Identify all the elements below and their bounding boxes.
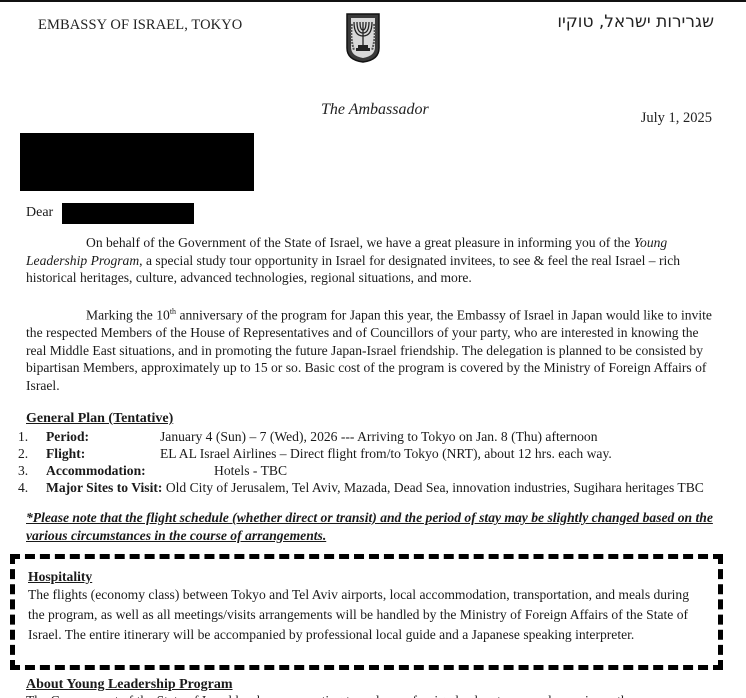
general-plan-list: 1.Period:January 4 (Sun) – 7 (Wed), 2026… [18,428,738,496]
item-value: Old City of Jerusalem, Tel Aviv, Mazada,… [162,480,703,495]
item-label: Period: [46,428,160,445]
menorah-emblem-icon [345,12,381,64]
redacted-address-block [20,133,254,191]
plan-item-period: 1.Period:January 4 (Sun) – 7 (Wed), 2026… [18,428,738,445]
plan-item-accommodation: 3.Accommodation:Hotels - TBC [18,462,738,479]
item-number: 1. [18,428,46,445]
about-program-text-cut: The Government of the State of Israel ha… [26,692,726,698]
general-plan-title: General Plan (Tentative) [26,411,173,427]
salutation: Dear [26,205,53,221]
letterhead-office: The Ambassador [321,101,429,119]
letter-date: July 1, 2025 [641,110,712,127]
item-number: 2. [18,445,46,462]
hospitality-text: The flights (economy class) between Toky… [28,585,708,645]
item-number: 4. [18,479,46,496]
item-value: January 4 (Sun) – 7 (Wed), 2026 --- Arri… [160,429,598,444]
letterhead-embassy-hebrew: שגרירות ישראל, טוקיו [557,12,714,32]
hospitality-title: Hospitality [28,569,92,585]
plan-item-sites: 4.Major Sites to Visit: Old City of Jeru… [18,479,738,496]
page-top-edge [0,0,746,2]
plan-item-flight: 2.Flight:EL AL Israel Airlines – Direct … [18,445,738,462]
item-value: Hotels - TBC [214,463,287,478]
letterhead-embassy-english: EMBASSY OF ISRAEL, TOKYO [38,17,242,34]
hospitality-box: Hospitality The flights (economy class) … [10,554,723,670]
item-label: Flight: [46,445,160,462]
schedule-note: *Please note that the flight schedule (w… [26,509,726,545]
item-value: EL AL Israel Airlines – Direct flight fr… [160,446,612,461]
item-label: Major Sites to Visit: [46,479,162,496]
invitation-paragraph: Marking the 10th anniversary of the prog… [26,303,716,395]
invitation-text: Marking the 10 [86,308,170,323]
item-label: Accommodation: [46,462,214,479]
intro-text: On behalf of the Government of the State… [86,235,634,250]
intro-paragraph: On behalf of the Government of the State… [26,234,716,287]
item-number: 3. [18,462,46,479]
about-program-title: About Young Leadership Program [26,677,233,693]
redacted-recipient-name [62,203,194,224]
